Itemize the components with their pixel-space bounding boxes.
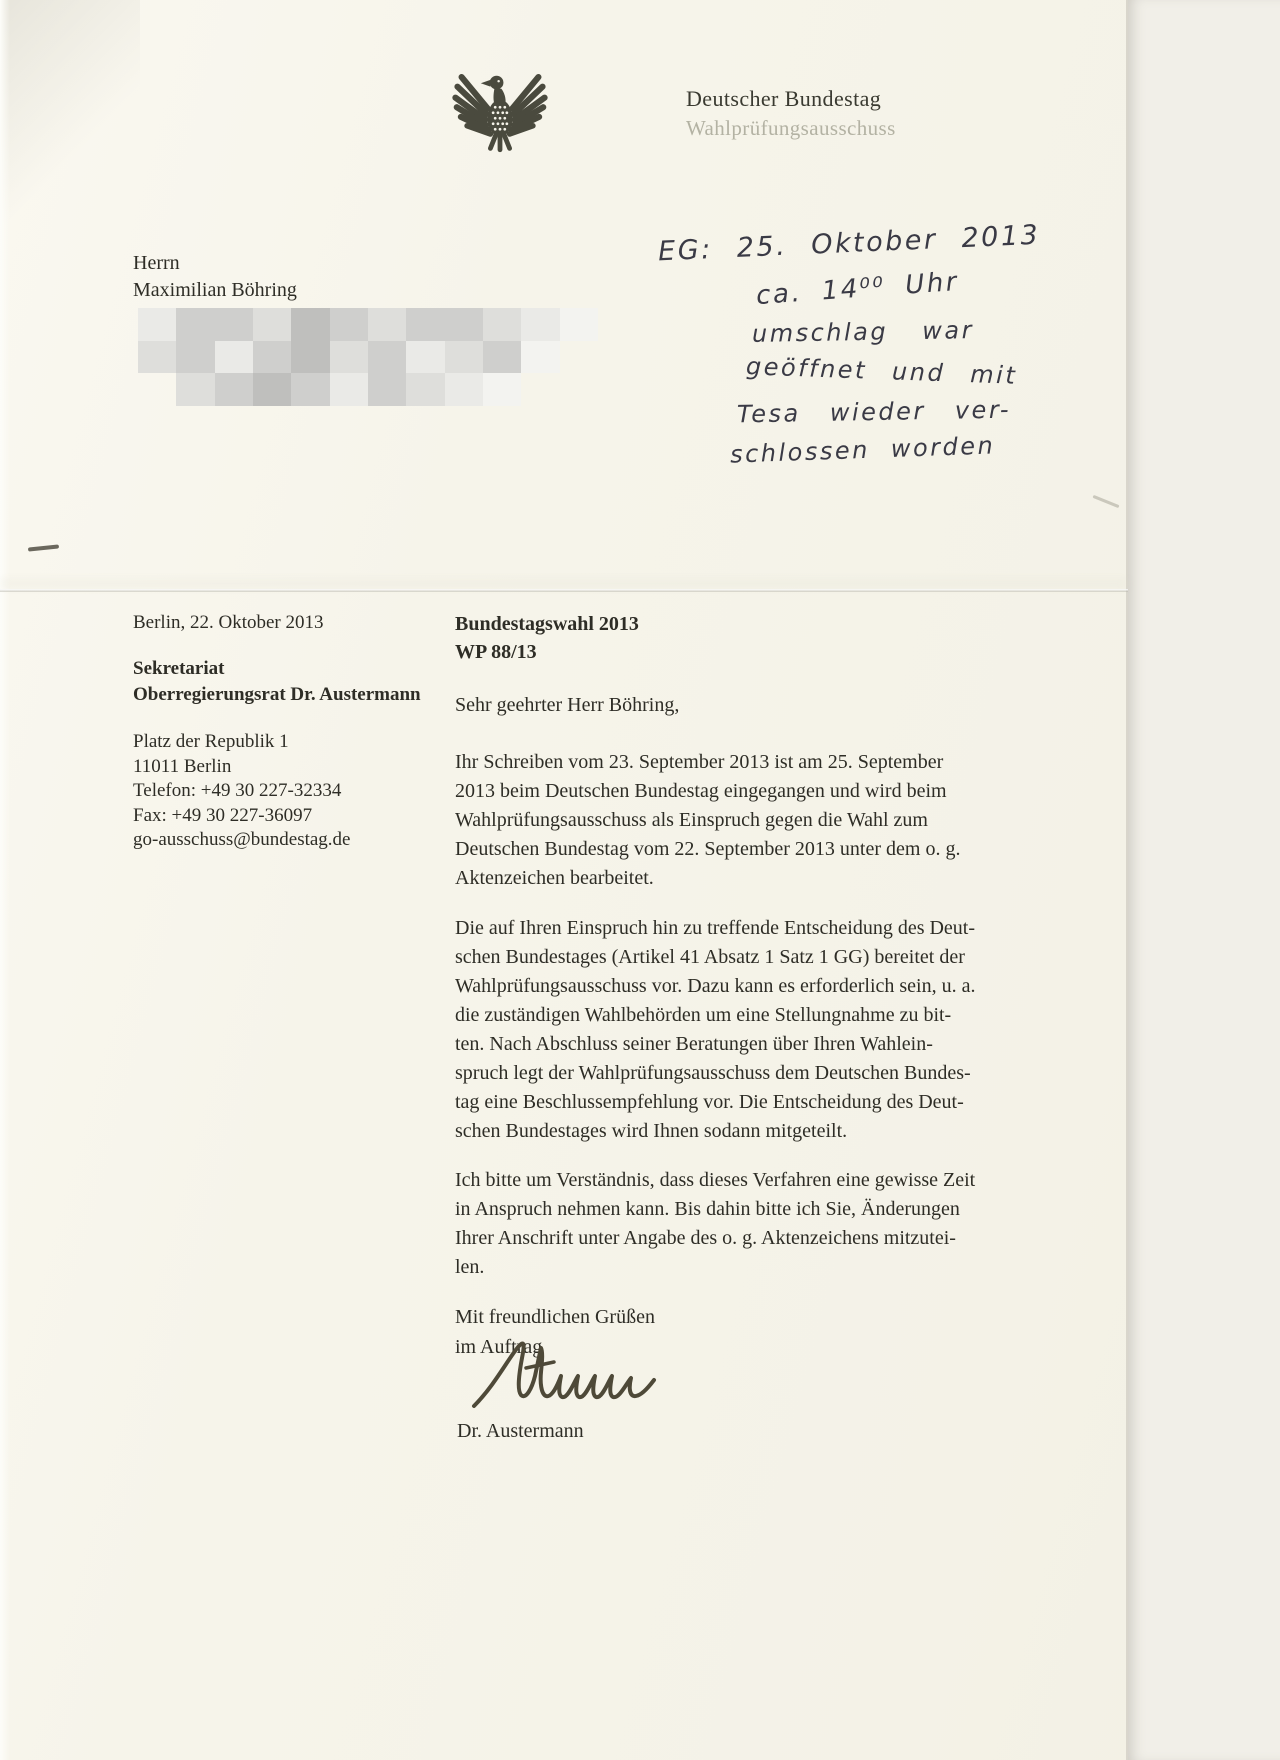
letterhead-organization: Deutscher Bundestag	[686, 86, 881, 112]
fold-mark-right	[1092, 495, 1119, 508]
letter-paragraph-3: Ich bitte um Verständnis, dass dieses Ve…	[455, 1166, 1120, 1282]
redaction-pixel	[138, 308, 176, 341]
redaction-pixel	[138, 373, 176, 406]
redacted-address-block	[138, 308, 598, 406]
margin-pen-dash	[28, 544, 59, 551]
handwritten-note-line: schlossen worden	[730, 431, 996, 468]
redaction-pixel	[176, 308, 214, 341]
recipient-salutation: Herrn	[133, 250, 297, 277]
redaction-pixel	[330, 373, 368, 406]
handwritten-note-line: ca. 14⁰⁰ Uhr	[755, 267, 960, 311]
scan-right-edge-band	[1126, 0, 1280, 1760]
redaction-pixel	[291, 341, 329, 374]
letter-greeting: Sehr geehrter Herr Böhring,	[455, 694, 679, 717]
scanned-letter-page: Deutscher Bundestag Wahlprüfungsausschus…	[0, 0, 1280, 1760]
redaction-pixel	[521, 308, 559, 341]
redaction-pixel	[368, 373, 406, 406]
letterhead-committee: Wahlprüfungsausschuss	[686, 116, 896, 141]
redaction-pixel	[176, 373, 214, 406]
redaction-pixel	[406, 373, 444, 406]
redaction-pixel	[445, 373, 483, 406]
handwritten-note-line: geöffnet und mit	[746, 352, 1018, 389]
recipient-name: Maximilian Böhring	[133, 277, 297, 304]
handwritten-note-line: EG: 25. Oktober 2013	[658, 220, 1041, 268]
redaction-pixel	[291, 373, 329, 406]
handwritten-note-line: Tesa wieder ver-	[737, 396, 1011, 429]
redaction-pixel	[291, 308, 329, 341]
redaction-pixel	[560, 341, 598, 374]
redaction-pixel	[521, 373, 559, 406]
subject-block: Bundestagswahl 2013 WP 88/13	[455, 610, 639, 666]
scan-left-edge-highlight	[0, 0, 10, 1760]
redaction-pixel	[138, 341, 176, 374]
letter-paragraph-1: Ihr Schreiben vom 23. September 2013 ist…	[455, 748, 1120, 893]
redaction-pixel	[483, 308, 521, 341]
handwritten-signature	[468, 1336, 698, 1414]
redaction-pixel	[215, 373, 253, 406]
redaction-pixel	[253, 341, 291, 374]
redaction-pixel	[406, 341, 444, 374]
redaction-pixel	[560, 308, 598, 341]
redaction-pixel	[368, 341, 406, 374]
sender-unit-block: Sekretariat Oberregierungsrat Dr. Auster…	[133, 656, 421, 708]
redaction-pixel	[330, 341, 368, 374]
redaction-pixel	[176, 341, 214, 374]
redaction-pixel	[445, 308, 483, 341]
signer-name: Dr. Austermann	[457, 1420, 584, 1443]
handwritten-note-line: umschlag war	[752, 316, 974, 348]
fold-crease-line	[0, 589, 1128, 592]
redaction-pixel	[330, 308, 368, 341]
sender-contact-block: Platz der Republik 1 11011 Berlin Telefo…	[133, 730, 351, 853]
place-date-line: Berlin, 22. Oktober 2013	[133, 612, 324, 634]
redaction-pixel	[253, 373, 291, 406]
redaction-pixel	[483, 373, 521, 406]
scan-corner-shade	[0, 0, 140, 230]
redaction-pixel	[406, 308, 444, 341]
redaction-pixel	[368, 308, 406, 341]
bundesadler-eagle-icon	[452, 60, 548, 160]
redaction-pixel	[483, 341, 521, 374]
redaction-pixel	[445, 341, 483, 374]
redaction-pixel	[215, 308, 253, 341]
redaction-pixel	[215, 341, 253, 374]
redaction-pixel	[560, 373, 598, 406]
letter-paragraph-2: Die auf Ihren Einspruch hin zu treffende…	[455, 914, 1120, 1146]
redaction-pixel	[521, 341, 559, 374]
redaction-pixel	[253, 308, 291, 341]
recipient-address-block: Herrn Maximilian Böhring	[133, 250, 297, 304]
